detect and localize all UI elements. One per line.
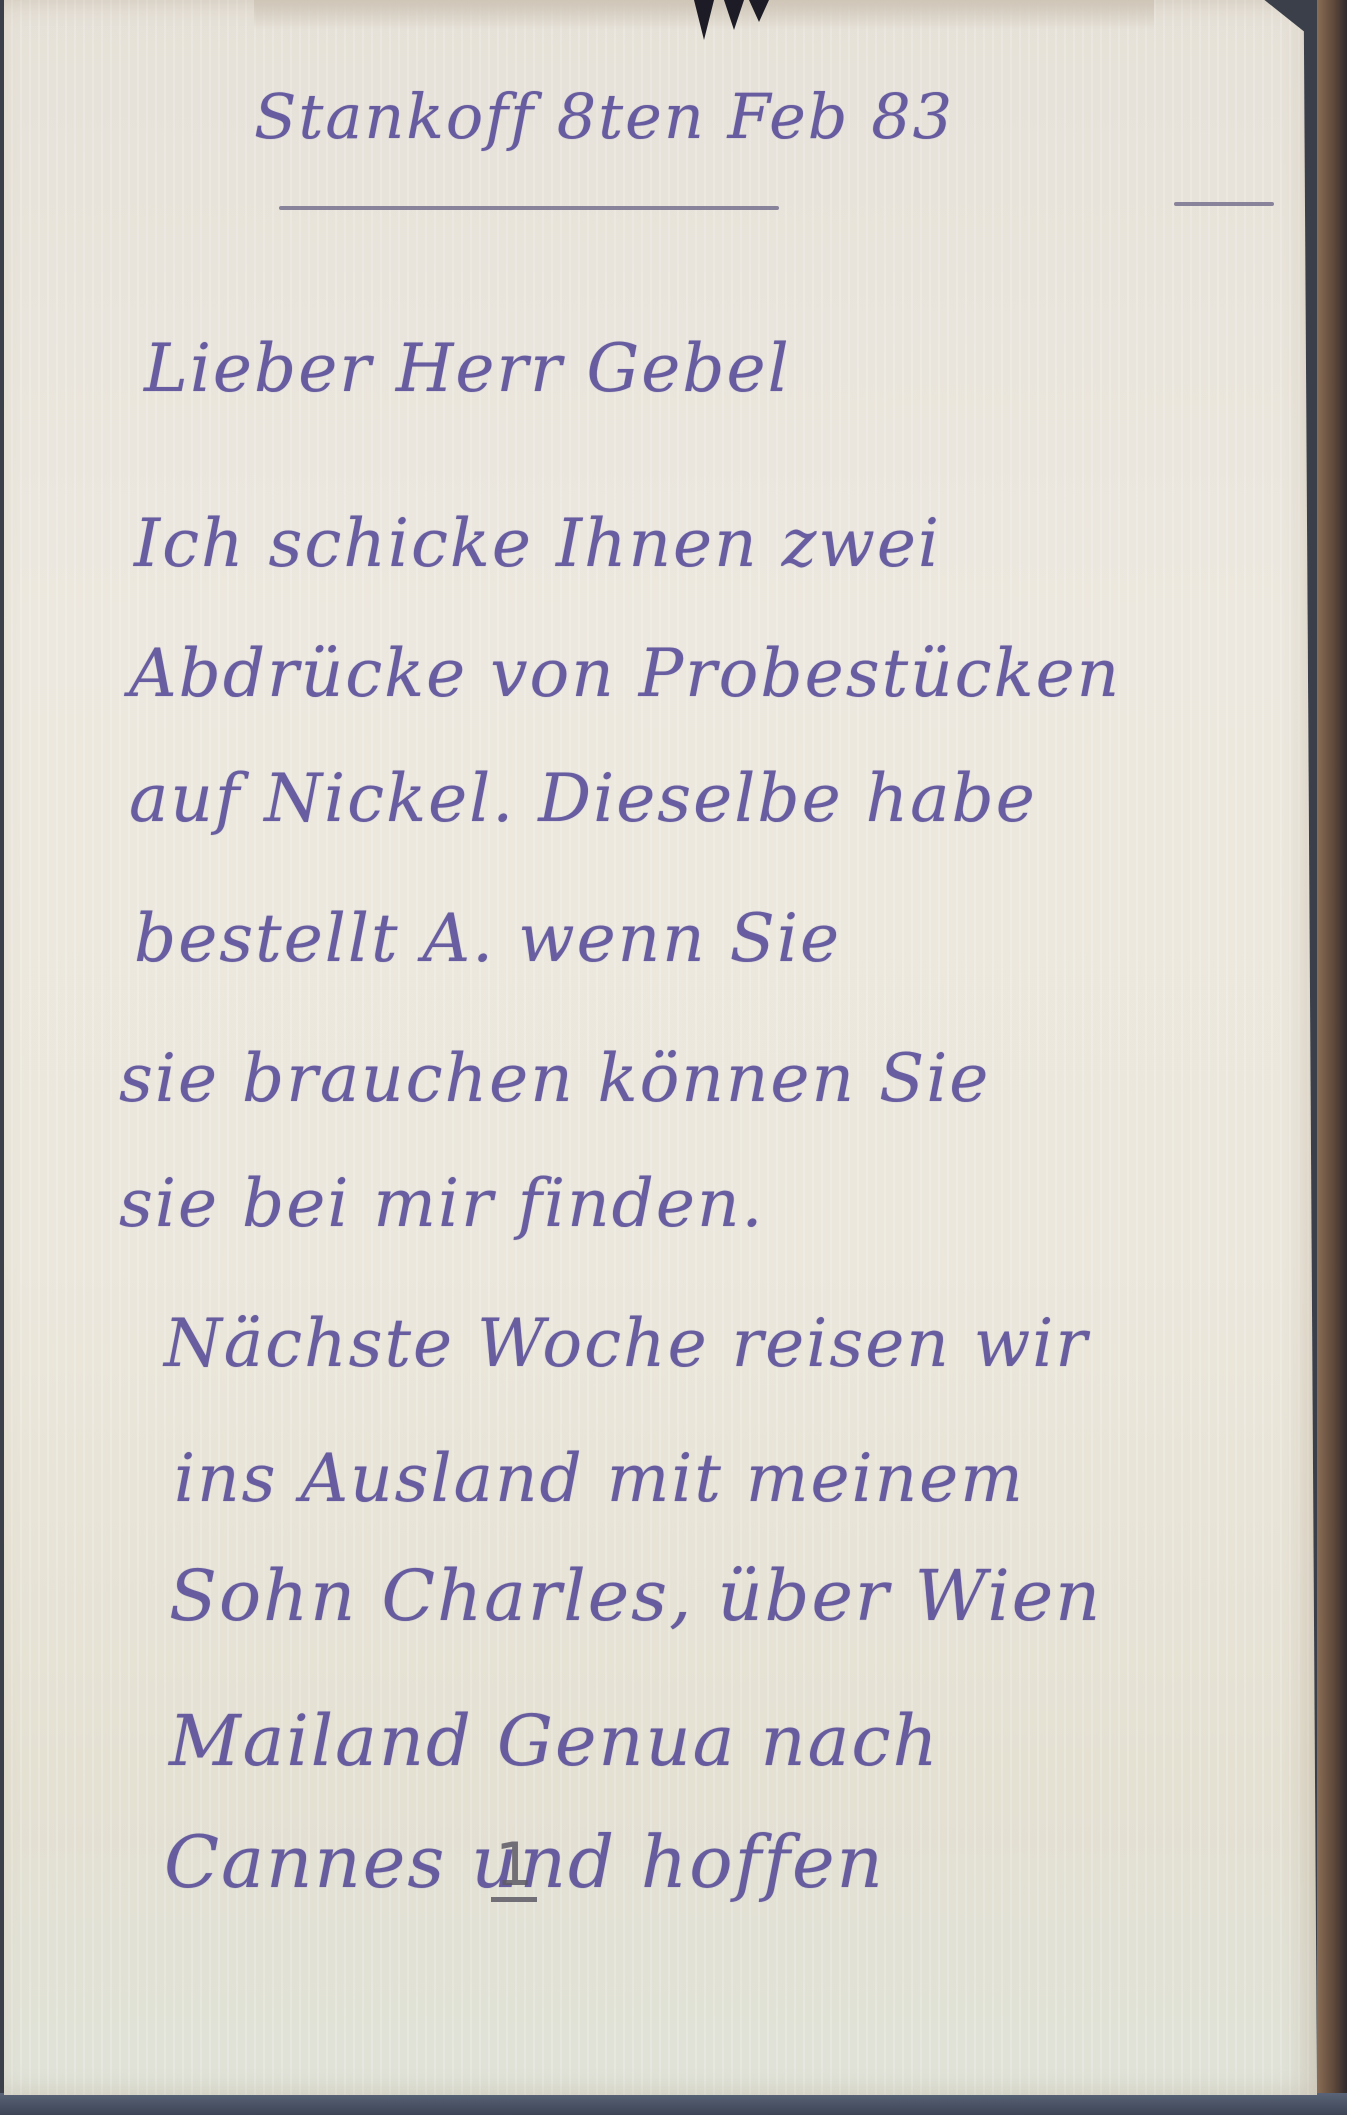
tear-mark bbox=[694, 0, 714, 40]
letter-line: Ich schicke Ihnen zwei bbox=[134, 505, 941, 582]
letter-place-date: Stankoff 8ten Feb 83 bbox=[254, 80, 954, 153]
letter-line: auf Nickel. Dieselbe habe bbox=[129, 760, 1037, 837]
letter-line: sie bei mir finden. bbox=[119, 1165, 764, 1242]
background-right-edge bbox=[1317, 0, 1347, 2115]
letter-line: ins Ausland mit meinem bbox=[174, 1440, 1025, 1517]
letter-line: Abdrücke von Probestücken bbox=[129, 635, 1121, 712]
background-bottom-edge bbox=[0, 2093, 1347, 2115]
letter-line: Nächste Woche reisen wir bbox=[164, 1305, 1089, 1382]
letter-line: bestellt A. wenn Sie bbox=[134, 900, 841, 977]
tear-mark bbox=[749, 0, 769, 22]
letter-page: Stankoff 8ten Feb 83 Lieber Herr Gebel I… bbox=[4, 0, 1317, 2095]
date-underline bbox=[279, 206, 779, 210]
letter-line: Sohn Charles, über Wien bbox=[169, 1555, 1102, 1637]
date-underline-short bbox=[1174, 202, 1274, 206]
letter-line: sie brauchen können Sie bbox=[119, 1040, 990, 1117]
page-number: 1 bbox=[491, 1835, 537, 1902]
salutation: Lieber Herr Gebel bbox=[144, 330, 791, 407]
letter-line: Mailand Genua nach bbox=[169, 1700, 940, 1782]
tear-mark bbox=[724, 0, 744, 30]
